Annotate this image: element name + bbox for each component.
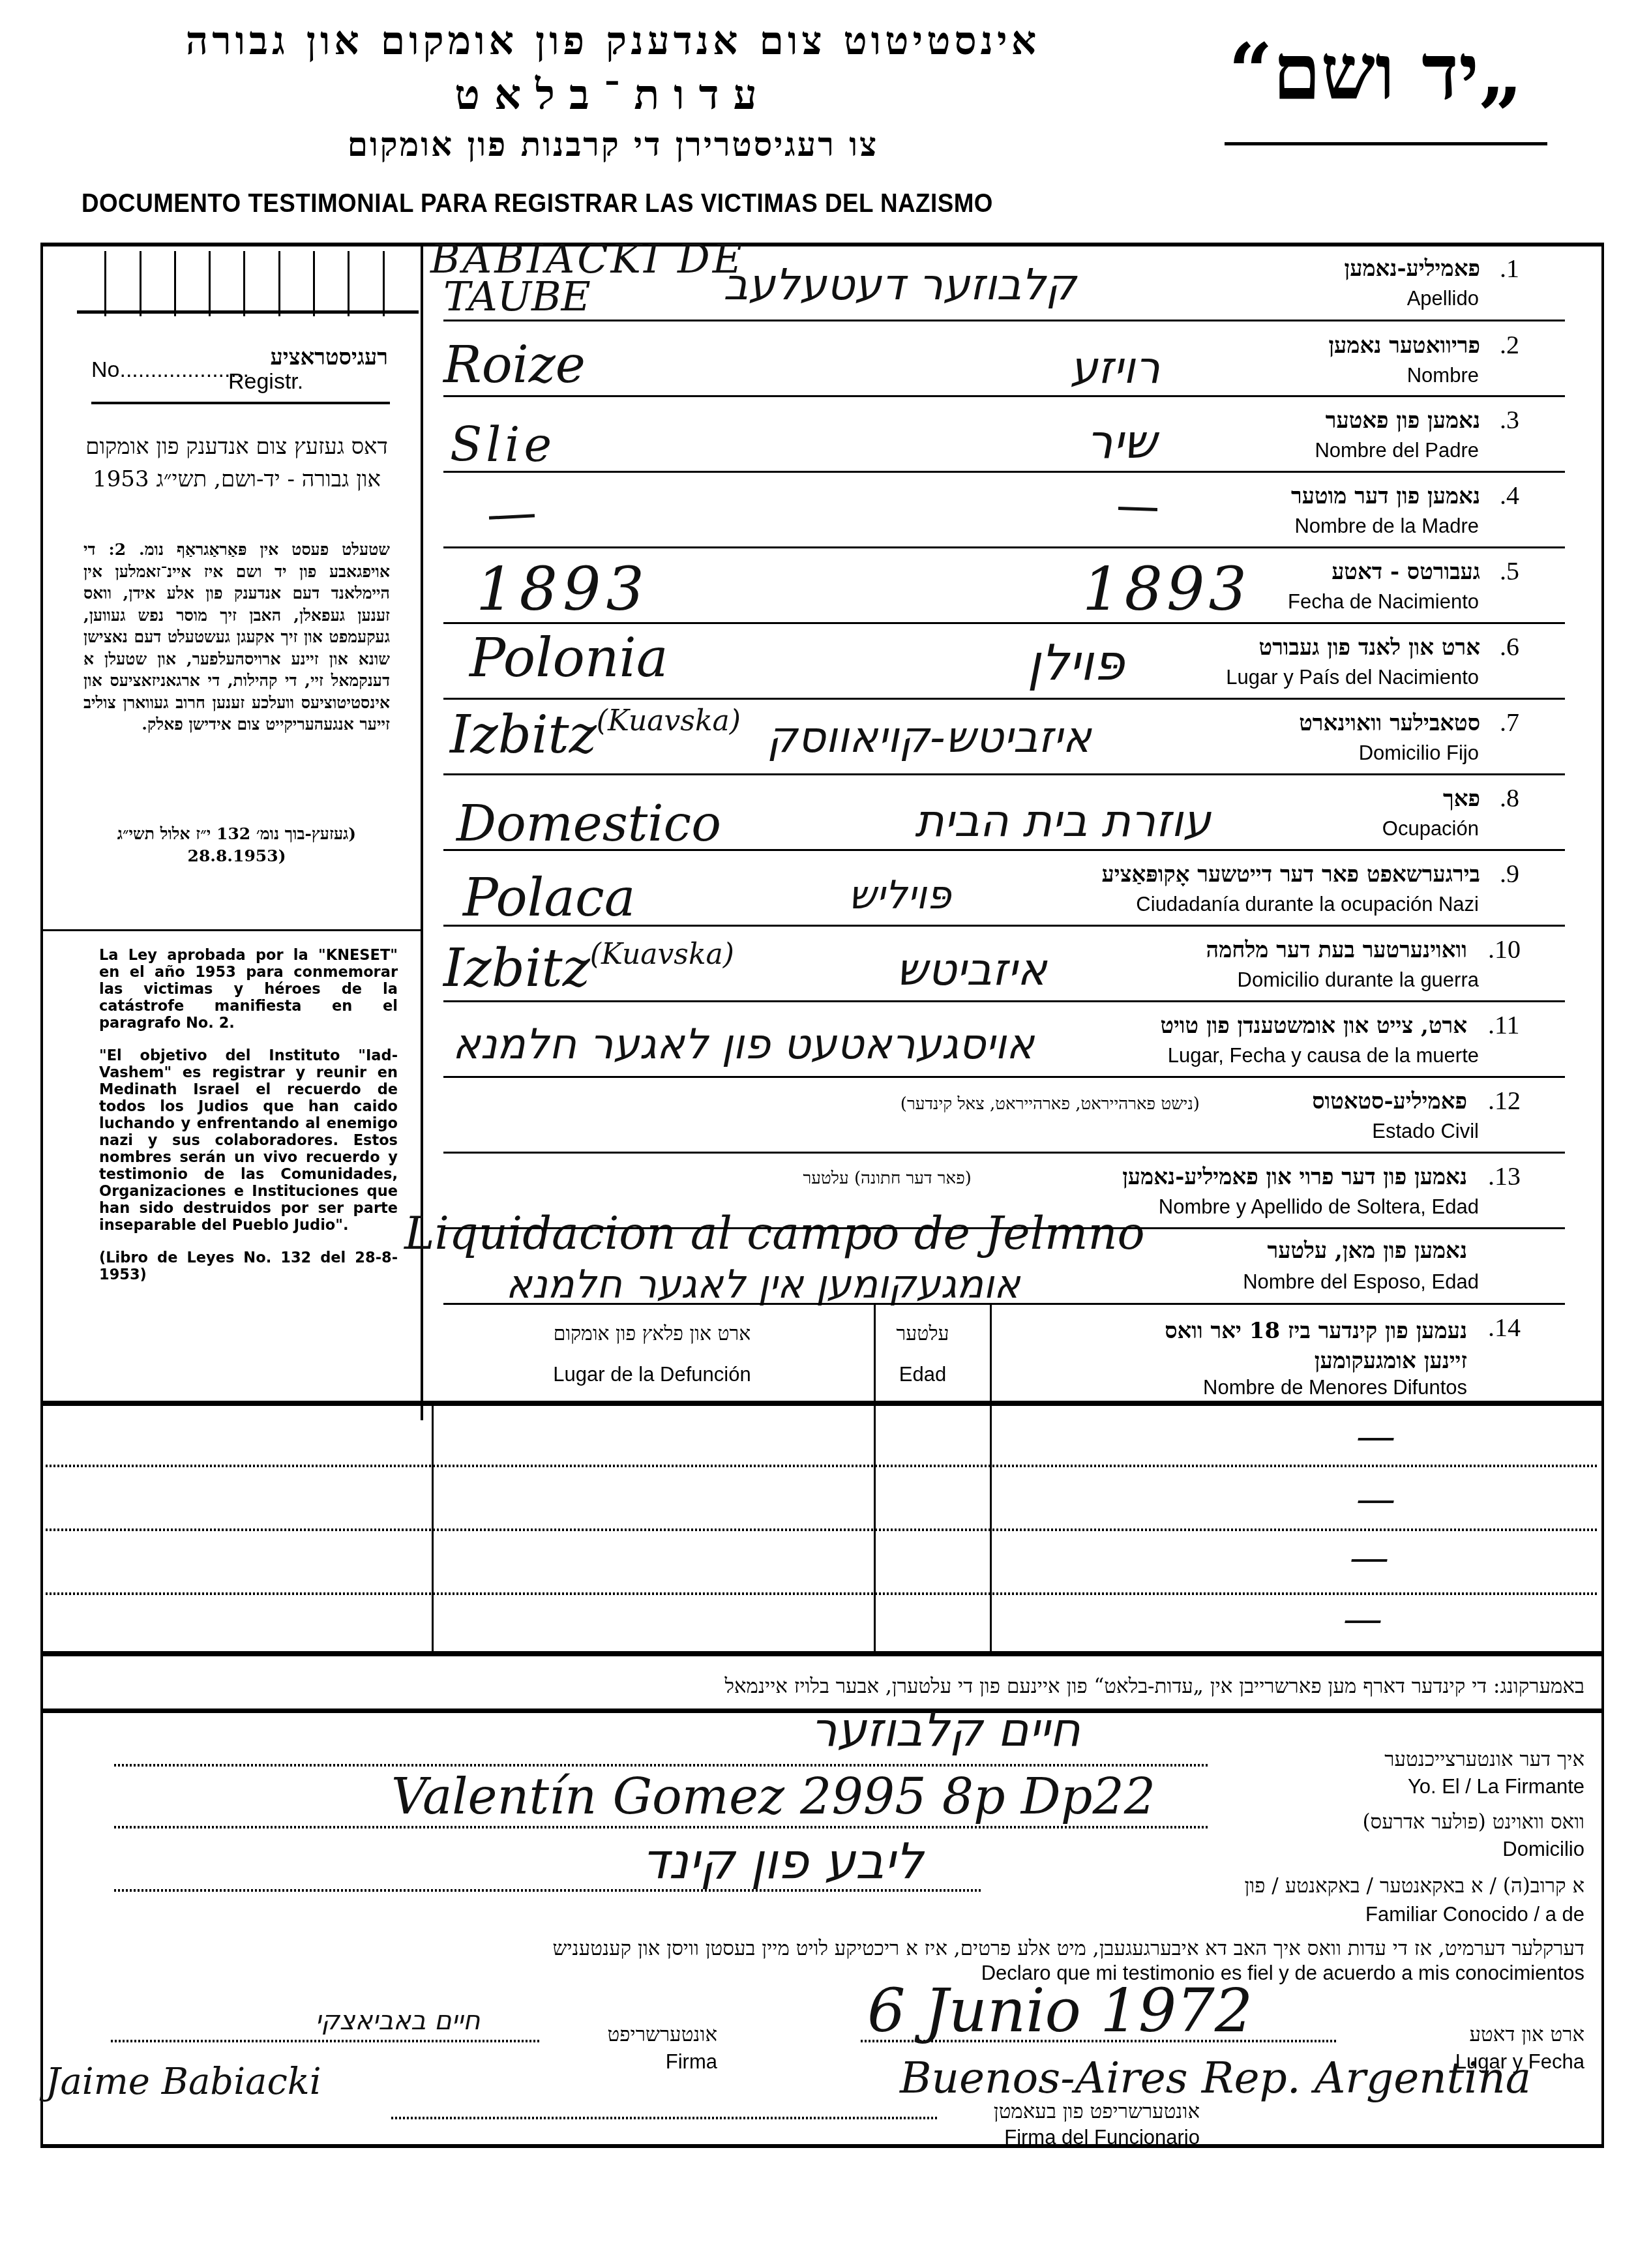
- law-text-spanish: La Ley aprobada por la "KNESET" en el añ…: [99, 947, 398, 1299]
- field-label: Domicilio durante la guerra: [1076, 968, 1479, 992]
- registration-label-yiddish: רעגיסטראציע: [228, 344, 388, 370]
- field-number: .7: [1500, 707, 1519, 738]
- form-border-right: [1601, 243, 1604, 2147]
- field-number: .11: [1488, 1009, 1520, 1040]
- form-border-left: [40, 243, 43, 2147]
- registration-label: Registr.: [228, 369, 303, 395]
- field-label: Ocupación: [1272, 817, 1479, 841]
- address-label: Domicilio: [1206, 1838, 1584, 1861]
- relation-label-yiddish: א קרוב(ה) / א באקאנטער / באקאנטע / פון: [978, 1874, 1584, 1898]
- field-number: .1: [1500, 253, 1519, 284]
- field-label-yiddish: ארט, צייט און אומשטענדן פון טויט: [1043, 1013, 1467, 1039]
- field-number: .4: [1500, 480, 1519, 511]
- field-note-yiddish: (נישט פארהייראט, פארהייראט, צאל קינדער): [854, 1094, 1200, 1114]
- field-number: .8: [1500, 783, 1519, 813]
- relation-value[interactable]: ליבע פון קינד: [554, 1832, 1011, 1890]
- age-column-header: Edad: [874, 1363, 972, 1386]
- signature-line: [111, 2040, 541, 2042]
- occupation-value-latin[interactable]: Domestico: [456, 794, 721, 852]
- field-underline: [443, 1000, 1565, 1002]
- divider: [77, 310, 419, 314]
- mother-name-value-dash[interactable]: [489, 514, 535, 520]
- field-underline: [443, 622, 1565, 624]
- signature-value-latin[interactable]: Jaime Babiacki: [46, 2061, 321, 2103]
- field-number: .13: [1488, 1161, 1521, 1191]
- field-number: .12: [1488, 1085, 1521, 1116]
- place-value[interactable]: Buenos-Aires Rep. Argentina: [900, 2053, 1531, 2103]
- field-label: Apellido: [1141, 287, 1479, 310]
- field-underline: [443, 546, 1565, 548]
- field-label-yiddish: סטאבילער וואוינארט: [1141, 710, 1480, 736]
- form-subtitle: צו רעגיסטרירן די קרבנות פון אומקום: [143, 125, 1082, 164]
- death-details-value-yiddish[interactable]: אויסגעראטעט פון לאגער חלמנא: [391, 1021, 1095, 1069]
- field-underline: [443, 320, 1565, 321]
- place-date-label-yiddish: ארט און דאטע: [1337, 2023, 1584, 2046]
- field-label-yiddish: פאמיליע-סטאטוס: [1206, 1088, 1467, 1114]
- divider: [91, 402, 390, 404]
- law-citation: (Libro de Leyes No. 132 del 28-8-1953): [99, 1249, 398, 1283]
- children-label: Nombre de Menores Difuntos: [1108, 1376, 1467, 1399]
- document-title: DOCUMENTO TESTIMONIAL PARA REGISTRAR LAS…: [82, 189, 993, 218]
- field-underline: [443, 1303, 1565, 1305]
- citizenship-value-yiddish[interactable]: פּויליש: [828, 873, 972, 918]
- field-label-yiddish: נאמען פון דער פרוי און פאמיליע-נאמען: [978, 1164, 1467, 1190]
- field-label-yiddish: פריוואטער נאמען: [1141, 333, 1480, 359]
- field-label: Domicilio Fijo: [1141, 741, 1479, 765]
- name-value-yiddish[interactable]: רויזע: [1063, 342, 1167, 394]
- field-number: .6: [1500, 631, 1519, 662]
- children-note: באמערקונג: די קינדער דארף מען פארשרייבן …: [130, 1675, 1584, 1698]
- yad-vashem-logo: „יד ושם“: [1193, 26, 1558, 117]
- column-divider: [990, 1304, 992, 1656]
- field-underline: [443, 1152, 1565, 1154]
- field-label-yiddish: פאמיליע-נאמען: [1141, 256, 1480, 282]
- table-row-rule: [46, 1592, 1598, 1595]
- child-row-1-name[interactable]: —: [1356, 1414, 1395, 1459]
- field-label: Lugar y País del Nacimiento: [1141, 666, 1479, 689]
- date-value[interactable]: 6 Junio 1972: [867, 1976, 1253, 2046]
- form-border-top: [40, 243, 1604, 246]
- field-underline: [443, 849, 1565, 851]
- place-column-yiddish: ארט און פלאץ פון אומקום: [456, 1322, 848, 1345]
- birth-date-value-latin[interactable]: 1893: [476, 554, 649, 624]
- relation-label: Familiar Conocido / a de: [1206, 1903, 1584, 1926]
- field-note-yiddish: (פאר דער חתונה) עלטער: [782, 1169, 972, 1188]
- form-border-bottom: [40, 2144, 1604, 2148]
- field-underline: [443, 925, 1565, 927]
- field-underline: [443, 773, 1565, 775]
- field-label-yiddish: וואוינערטער בעת דער מלחמה: [1076, 937, 1467, 963]
- place-column-header: Lugar de la Defunción: [456, 1363, 848, 1386]
- domicile-value-yiddish[interactable]: איזביטש-קויאווסק: [717, 712, 1141, 762]
- father-name-value-latin[interactable]: Slie: [450, 417, 556, 472]
- signature-label: Firma: [541, 2050, 717, 2074]
- surname-value-latin-line2[interactable]: TAUBE: [443, 273, 591, 320]
- birth-place-value-yiddish[interactable]: פּוילן: [1004, 634, 1148, 692]
- registration-code-boxes[interactable]: [72, 251, 417, 316]
- column-divider: [874, 1304, 876, 1656]
- law-title-yiddish: דאס געזעץ צום אנדענק פון אומקום און גבור…: [83, 430, 390, 496]
- field-label: Estado Civil: [1206, 1120, 1479, 1143]
- signer-line: [114, 1764, 1210, 1767]
- field-number: .5: [1500, 556, 1519, 586]
- signer-value[interactable]: חיים קלבוזער: [717, 1702, 1174, 1757]
- institute-name: אינסטיטוט צום אנדענק פון אומקום און גבור…: [143, 18, 1082, 64]
- father-name-value-yiddish[interactable]: שיר: [1069, 414, 1174, 469]
- children-label-yiddish: נעמען פון קינדער ביז 18 יאר וואס זיינען …: [1148, 1316, 1467, 1376]
- field-number: .14: [1488, 1312, 1521, 1343]
- field-label-yiddish: נאמען פון מאן, עלטער: [1206, 1238, 1467, 1264]
- field-label-yiddish: בירגערשאפט פאר דער דייטשער אָקופּאַציע: [1011, 861, 1480, 888]
- law-paragraph-2: "El objetivo del Instituto "Iad-Vashem" …: [99, 1047, 398, 1234]
- child-row-2-name[interactable]: —: [1356, 1476, 1395, 1522]
- field-underline: [443, 471, 1565, 473]
- table-bottom-rule: [43, 1651, 1601, 1656]
- signer-label-yiddish: איך דער אונטערצייכנטער: [1206, 1748, 1584, 1771]
- mother-name-value-dash-yiddish[interactable]: [1118, 507, 1157, 511]
- field-label-yiddish: ארט און לאנד פון געבורט: [1141, 634, 1480, 661]
- signature-value-yiddish[interactable]: חיים באביאצקי: [261, 2006, 535, 2036]
- field-label-yiddish: נאמען פון פאטער: [1141, 408, 1480, 434]
- field-label-yiddish: נאמען פון דער מוטער: [1141, 483, 1480, 509]
- citizenship-value-latin[interactable]: Polaca: [463, 867, 636, 928]
- divider: [43, 929, 421, 931]
- logo-underline: [1225, 142, 1547, 145]
- table-row-rule: [46, 1465, 1598, 1467]
- field-underline: [443, 698, 1565, 700]
- law-citation-yiddish: (געזעץ-בוך נומ׳ 132 י״ז אלול תשי״ג (28.8…: [83, 823, 390, 867]
- field-number: .2: [1500, 329, 1519, 360]
- field-label: Lugar, Fecha y causa de la muerte: [1043, 1044, 1479, 1067]
- birth-place-value-latin[interactable]: Polonia: [469, 627, 668, 689]
- husband-value-yiddish[interactable]: אומגעקומען אין לאגער חלמנא: [404, 1262, 1122, 1307]
- war-domicile-qualifier: (Kuavska): [590, 938, 734, 971]
- table-row-rule: [46, 1529, 1598, 1531]
- address-value[interactable]: Valentín Gomez 2995 8p Dp22: [391, 1767, 1155, 1825]
- field-label: Nombre del Padre: [1141, 439, 1479, 462]
- declaration-statement-yiddish: דערקלער דערמיט, אז די עדות וואס איך האב …: [72, 1934, 1584, 1963]
- address-label-yiddish: וואס וואוינט (פולער אדרעס): [1206, 1810, 1584, 1834]
- field-underline: [443, 1076, 1565, 1078]
- law-paragraph-1: La Ley aprobada por la "KNESET" en el añ…: [99, 947, 398, 1032]
- birth-date-value-yiddish[interactable]: 1893: [1082, 554, 1251, 624]
- death-cause-value-latin[interactable]: Liquidacion al campo de Jelmno: [404, 1206, 1145, 1260]
- field-underline: [443, 1227, 1565, 1229]
- field-label: Nombre de la Madre: [1141, 515, 1479, 538]
- field-label: Nombre del Esposo, Edad: [1141, 1270, 1479, 1294]
- field-number: .3: [1500, 404, 1519, 435]
- field-underline: [443, 395, 1565, 397]
- law-text-yiddish: שטעלט פעסט אין פּאַראַגראַף נומ. 2: די א…: [83, 539, 390, 736]
- signature-label-yiddish: אונטערשריפט: [541, 2023, 717, 2046]
- child-row-3-name[interactable]: —: [1350, 1535, 1389, 1581]
- field-label: Ciudadanía durante la ocupación Nazi: [1011, 893, 1479, 916]
- address-line: [114, 1826, 1210, 1828]
- official-signature-line[interactable]: [391, 2117, 939, 2119]
- field-number: .9: [1500, 858, 1519, 889]
- occupation-value-yiddish[interactable]: עוזרת בית הבית: [880, 796, 1245, 847]
- surname-value-yiddish[interactable]: קלבוזער דעטעלעב: [717, 260, 1082, 310]
- field-label: Nombre: [1141, 364, 1479, 387]
- official-signature-label-yiddish: אונטערשריפט פון בעאמטן: [939, 2100, 1200, 2123]
- war-domicile-value-latin[interactable]: Izbitz(Kuavska): [443, 938, 734, 998]
- signer-label: Yo. El / La Firmante: [1206, 1775, 1584, 1798]
- field-number: .10: [1488, 934, 1521, 964]
- registration-number-field[interactable]: No.....................: [91, 357, 249, 383]
- form-name: עדות־בלאט: [143, 70, 1082, 119]
- table-header-rule: [43, 1401, 1601, 1406]
- war-domicile-value-yiddish[interactable]: איזביטש: [874, 944, 1069, 996]
- child-row-4-name[interactable]: —: [1343, 1596, 1382, 1642]
- domicile-value-latin[interactable]: Izbitz(Kuavska): [450, 704, 741, 765]
- name-value-latin[interactable]: Roize: [443, 336, 586, 395]
- age-column-yiddish: עלטער: [874, 1322, 972, 1345]
- official-signature-label: Firma del Funcionario: [939, 2126, 1200, 2149]
